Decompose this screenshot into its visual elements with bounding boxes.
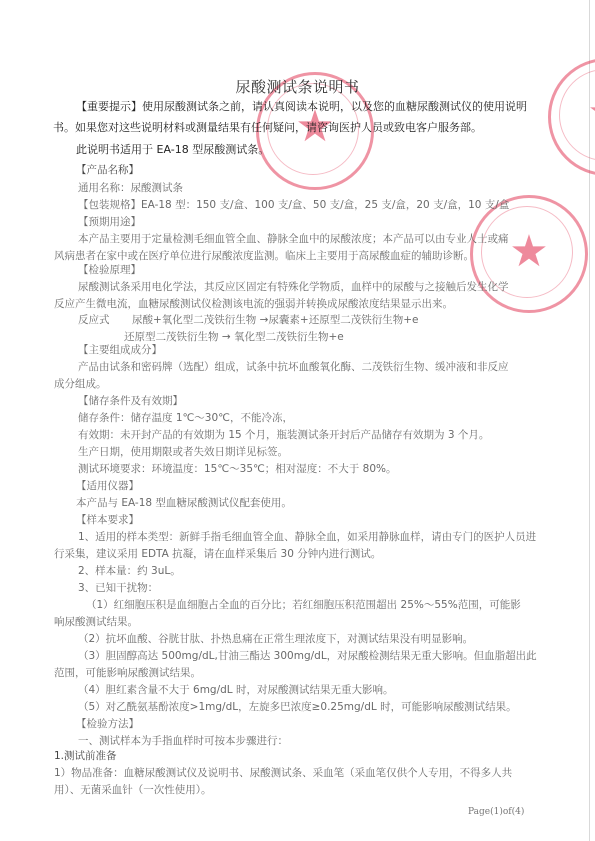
document-page: ★ ★ ★ 尿酸测试条说明书 【重要提示】使用尿酸测试条之前，请认真阅读本说明，… (0, 0, 595, 841)
section-heading: 【产品名称】 (76, 163, 139, 177)
section-heading: 【适用仪器】 (76, 479, 139, 493)
text-line: 本产品与 EA-18 型血糖尿酸测试仪配套使用。 (76, 496, 292, 510)
text-line: 生产日期，使用期限或者失效日期详见标签。 (78, 445, 288, 459)
text-line: 尿酸测试条采用电化学法，其反应区固定有特殊化学物质，血样中的尿酸与之接触后发生化… (78, 280, 509, 294)
text-line: 行采集，建议采用 EDTA 抗凝，请在血样采集后 30 分钟内进行测试。 (54, 547, 381, 561)
section-heading: 【检验原理】 (78, 263, 141, 277)
text-line: 1）物品准备：血糖尿酸测试仪及说明书、尿酸测试条、采血笔（采血笔仅供个人专用，不… (54, 766, 512, 780)
text-line: （3）胆固醇高达 500mg/dL,甘油三酯达 300mg/dL，对尿酸检测结果… (78, 649, 537, 663)
text-line: 本产品主要用于定量检测毛细血管全血、静脉全血中的尿酸浓度；本产品可以由专业人士或… (78, 232, 509, 246)
text-line: 反应产生微电流，血糖尿酸测试仪检测该电流的强弱并转换成尿酸浓度结果显示出来。 (54, 297, 453, 311)
text-line: （5）对乙酰氨基酚浓度>1mg/dL，左旋多巴浓度≥0.25mg/dL 时，可能… (78, 700, 517, 714)
section-heading: 【储存条件及有效期】 (78, 394, 183, 408)
text-line: 一、测试样本为手指血样时可按本步骤进行： (78, 734, 288, 748)
text-line: 测试环境要求：环境温度：15℃～35℃；相对湿度：不大于 80%。 (78, 462, 396, 476)
applicability-line: 此说明书适用于 EA-18 型尿酸测试条。 (76, 143, 269, 157)
section-heading: 【样本要求】 (76, 513, 139, 527)
text-line: 成分组成。 (54, 377, 107, 391)
text-line: 有效期：未开封产品的有效期为 15 个月，瓶装测试条开封后产品储存有效期为 3 … (78, 428, 489, 442)
text-line: （4）胆红素含量不大于 6mg/dL 时，对尿酸测试结果无重大影响。 (78, 683, 393, 697)
section-heading: 【预期用途】 (78, 215, 141, 229)
text-line: （2）抗坏血酸、谷胱甘肽、扑热息痛在正常生理浓度下，对测试结果没有明显影响。 (78, 632, 473, 646)
text-line: （1）红细胞压积是血细胞占全血的百分比；若红细胞压积范围超出 25%～55%范围… (86, 598, 521, 612)
text-line: 响尿酸测试结果。 (54, 615, 138, 629)
text-line: 2、样本量：约 3uL。 (78, 564, 181, 578)
text-line: 3、已知干扰物： (78, 581, 158, 595)
reaction-label: 反应式 (78, 313, 110, 327)
text-line: 范围，可能影响尿酸测试结果。 (54, 666, 201, 680)
text-line: 产品由试条和密码牌（选配）组成，试条中抗坏血酸氧化酶、二茂铁衍生物、缓冲液和非反… (78, 360, 509, 374)
scan-edge-line (589, 0, 590, 841)
text-line: 风病患者在家中或在医疗单位进行尿酸浓度监测。临床上主要用于高尿酸血症的辅助诊断。 (54, 249, 474, 263)
company-seal-stamp: ★ (470, 195, 588, 313)
document-title: 尿酸测试条说明书 (0, 76, 595, 97)
important-notice-line: 【重要提示】使用尿酸测试条之前，请认真阅读本说明，以及您的血糖尿酸测试仪的使用说… (76, 100, 527, 114)
page-number: Page(1)of(4) (468, 807, 524, 817)
subsection-heading: 1.测试前准备 (54, 749, 117, 763)
reaction-equation: 尿酸+氧化型二茂铁衍生物 →尿囊素+还原型二茂铁衍生物+e (132, 313, 419, 327)
text-line: 通用名称：尿酸测试条 (78, 181, 183, 195)
reaction-equation: 还原型二茂铁衍生物 → 氧化型二茂铁衍生物+e (124, 330, 344, 344)
text-line: 储存条件：储存温度 1℃～30℃，不能冷冻， (78, 411, 293, 425)
text-line: 用）、无菌采血针（一次性使用）。 (54, 783, 212, 797)
text-line: 1、适用的样本类型：新鲜手指毛细血管全血、静脉全血，如采用静脉血样，请由专门的医… (78, 530, 536, 544)
text-line: 【包装规格】EA-18 型：150 支/盒、100 支/盒、50 支/盒，25 … (78, 198, 509, 212)
section-heading: 【检验方法】 (76, 717, 139, 731)
important-notice-line: 书。如果您对这些说明材料或测量结果有任何疑问，请咨询医护人员或致电客户服务部。 (53, 121, 482, 135)
section-heading: 【主要组成成分】 (78, 343, 162, 357)
